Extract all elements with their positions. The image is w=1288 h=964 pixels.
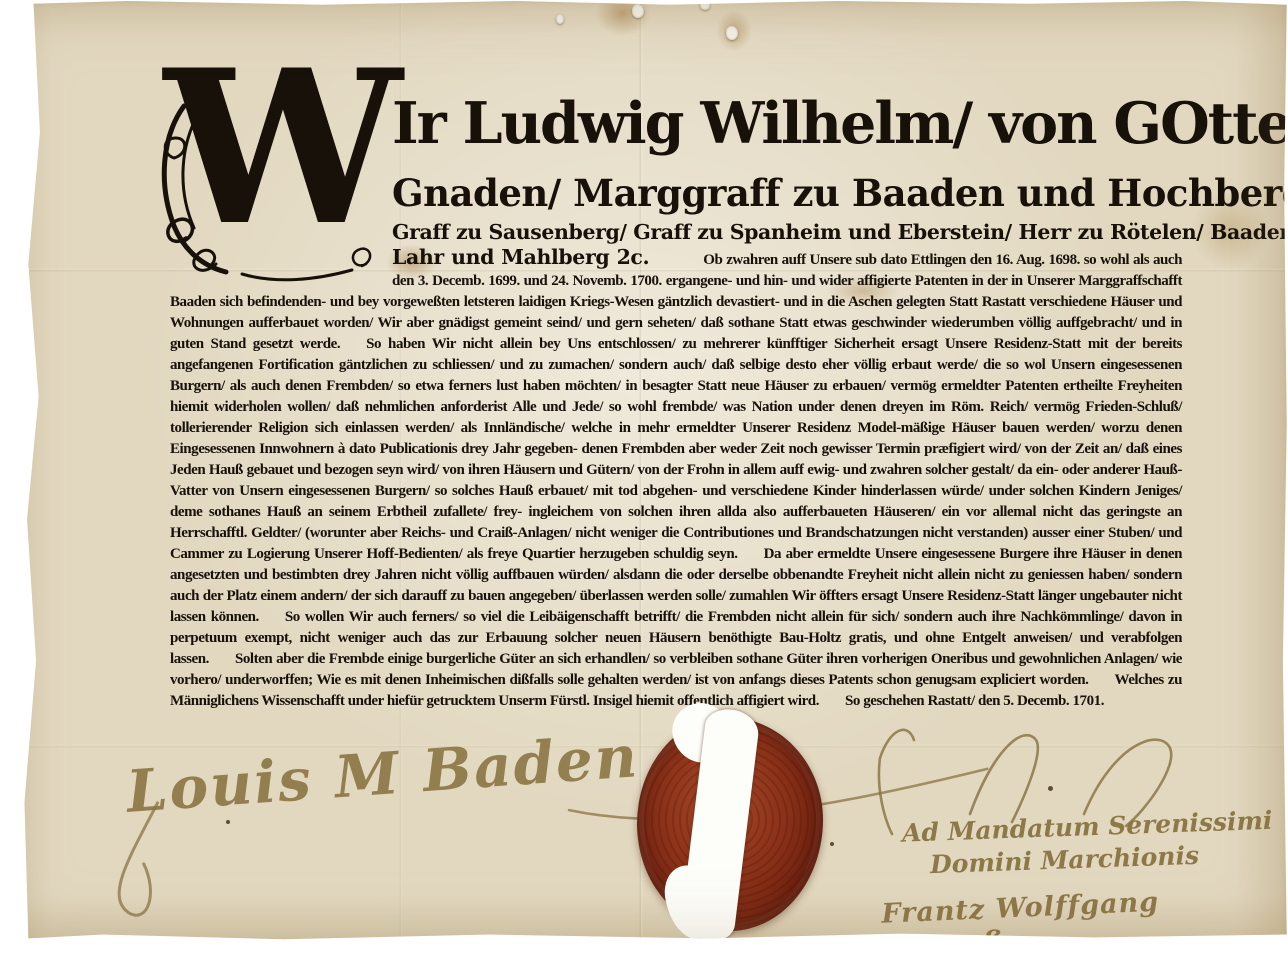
paper-hole [632,4,644,18]
signature-secretary: Frantz Wolffgang Horauß. [881,881,1285,944]
signature-flourish [84,685,994,927]
printed-text-block: W Ir Ludwig Wilhelm/ von GOttes Gnaden/ … [170,94,1182,712]
ornate-initial-w: W [170,94,392,278]
body-paragraph: Lahr und Mahlberg 2c.Ob zwahren auff Uns… [170,247,1182,712]
headline-line4: Lahr und Mahlberg 2c. [392,245,703,269]
paper-hole [700,0,710,10]
chancery-annotation: Ad Mandatum Serenissimi Domini Marchioni… [880,720,1284,944]
body-segment: So haben Wir nicht allein bey Uns entsch… [170,336,1182,562]
stain [595,0,651,36]
body-segment: Solten aber die Frembde einige burgerlic… [170,651,1182,688]
signature-margrave: Louis M Baden [125,721,728,821]
document-paper: W Ir Ludwig Wilhelm/ von GOttes Gnaden/ … [0,0,1288,944]
wax-seal [637,717,823,931]
paper-hole [726,26,738,40]
paper-hole [556,14,564,24]
